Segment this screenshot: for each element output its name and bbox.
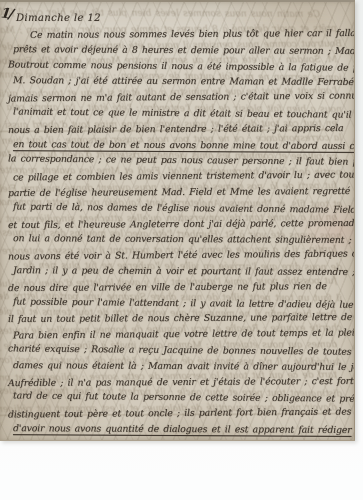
letter-line: d'avoir nous avons quantité de dialogues… bbox=[0, 421, 354, 439]
letter-ink-layer: Dimanche le 12 Ce matin nous nous sommes… bbox=[0, 2, 354, 438]
letter-line: Jardin ; il y a peu de chemin à voir et … bbox=[0, 263, 354, 281]
letter-line: nous a bien fait plaisir de bien l'enten… bbox=[0, 121, 354, 139]
letter-line: dames qui nous étaient là ; Maman avait … bbox=[0, 358, 354, 376]
scan-background: Ce matin nous nous sommes levés bien plu… bbox=[0, 0, 363, 500]
archive-margin-mark: 1/ bbox=[0, 5, 13, 22]
letter-line: Ce matin nous nous sommes levés bien plu… bbox=[0, 26, 354, 44]
letter-body: Ce matin nous nous sommes levés bien plu… bbox=[0, 27, 354, 438]
letter-paper: Ce matin nous nous sommes levés bien plu… bbox=[0, 0, 355, 441]
letter-heading: Dimanche le 12 bbox=[0, 2, 354, 27]
